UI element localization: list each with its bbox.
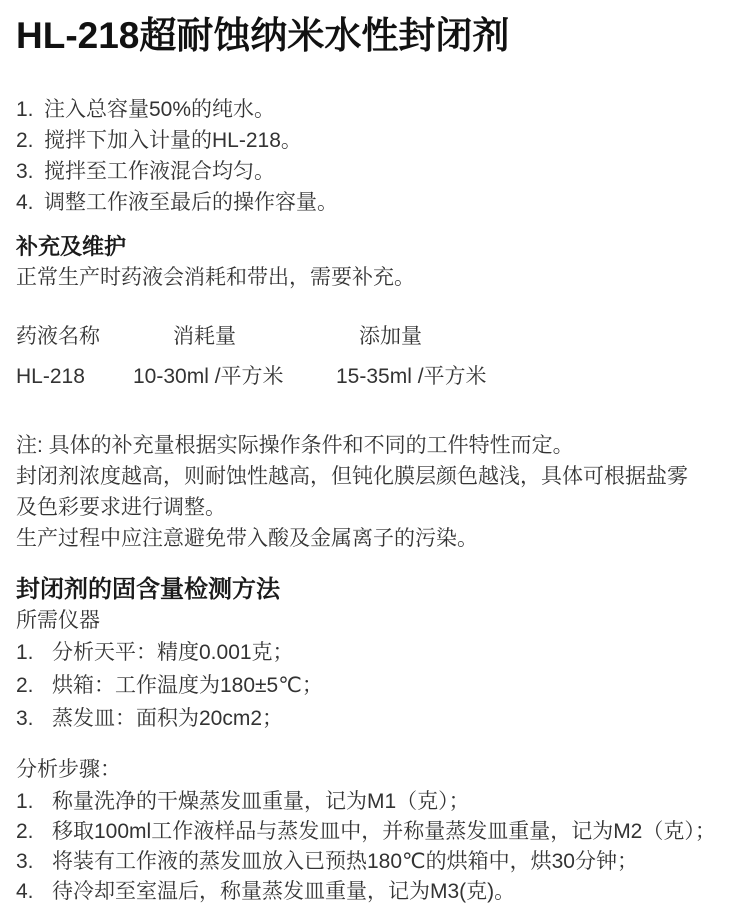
list-item: 1. 分析天平：精度0.001克； xyxy=(16,636,742,669)
instruments-label: 所需仪器 xyxy=(16,605,742,636)
column-header-addition: 添加量 xyxy=(359,324,422,350)
list-item: 3. 蒸发皿：面积为20cm2； xyxy=(16,702,742,735)
maintenance-heading: 补充及维护 xyxy=(16,232,742,262)
list-item: 1. 注入总容量50%的纯水。 xyxy=(16,94,742,125)
list-item: 2. 搅拌下加入计量的HL-218。 xyxy=(16,125,742,156)
list-item-text: 搅拌至工作液混合均匀。 xyxy=(44,156,275,187)
list-item-number: 3. xyxy=(16,847,52,877)
list-item-text: 烘箱：工作温度为180±5℃； xyxy=(52,669,323,702)
list-item-text: 调整工作液至最后的操作容量。 xyxy=(44,187,338,218)
list-item-text: 称量洗净的干燥蒸发皿重量，记为M1（克）； xyxy=(52,787,470,817)
list-item-number: 1. xyxy=(16,636,52,669)
list-item-number: 3. xyxy=(16,156,44,187)
maintenance-intro: 正常生产时药液会消耗和带出，需要补充。 xyxy=(16,262,742,293)
instruments-list: 1. 分析天平：精度0.001克； 2. 烘箱：工作温度为180±5℃； 3. … xyxy=(16,636,742,735)
column-header-name: 药液名称 xyxy=(16,324,100,350)
list-item: 4. 调整工作液至最后的操作容量。 xyxy=(16,187,742,218)
cell-addition: 15-35ml /平方米 xyxy=(336,364,487,390)
list-item-number: 4. xyxy=(16,187,44,218)
analysis-steps-list: 1. 称量洗净的干燥蒸发皿重量，记为M1（克）； 2. 移取100ml工作液样品… xyxy=(16,787,742,907)
page-title: HL-218超耐蚀纳米水性封闭剂 xyxy=(16,14,742,58)
list-item-number: 1. xyxy=(16,787,52,817)
solid-content-heading: 封闭剂的固含量检测方法 xyxy=(16,575,742,605)
list-item-text: 分析天平：精度0.001克； xyxy=(52,636,294,669)
list-item: 4. 待冷却至室温后，称量蒸发皿重量，记为M3(克)。 xyxy=(16,877,742,907)
list-item-text: 待冷却至室温后，称量蒸发皿重量，记为M3(克)。 xyxy=(52,877,515,907)
list-item-number: 2. xyxy=(16,669,52,702)
list-item-text: 蒸发皿：面积为20cm2； xyxy=(52,702,283,735)
list-item-text: 移取100ml工作液样品与蒸发皿中，并称量蒸发皿重量，记为M2（克）； xyxy=(52,817,716,847)
list-item-text: 将装有工作液的蒸发皿放入已预热180℃的烘箱中，烘30分钟； xyxy=(52,847,638,877)
preparation-steps-list: 1. 注入总容量50%的纯水。 2. 搅拌下加入计量的HL-218。 3. 搅拌… xyxy=(16,94,742,218)
table-header-row: 药液名称 消耗量 添加量 xyxy=(16,324,742,350)
list-item-number: 3. xyxy=(16,702,52,735)
list-item-number: 2. xyxy=(16,125,44,156)
list-item: 2. 烘箱：工作温度为180±5℃； xyxy=(16,669,742,702)
cell-consumption: 10-30ml /平方米 xyxy=(133,364,284,390)
note-text: 生产过程中应注意避免带入酸及金属离子的污染。 xyxy=(16,523,742,554)
column-header-consumption: 消耗量 xyxy=(173,324,236,350)
note-text: 封闭剂浓度越高，则耐蚀性越高，但钝化膜层颜色越浅，具体可根据盐雾及色彩要求进行调… xyxy=(16,461,706,523)
note-text: 注: 具体的补充量根据实际操作条件和不同的工件特性而定。 xyxy=(16,430,742,461)
list-item-number: 2. xyxy=(16,817,52,847)
list-item: 3. 搅拌至工作液混合均匀。 xyxy=(16,156,742,187)
list-item-text: 注入总容量50%的纯水。 xyxy=(44,94,275,125)
cell-product-name: HL-218 xyxy=(16,364,85,390)
maintenance-notes: 注: 具体的补充量根据实际操作条件和不同的工件特性而定。 封闭剂浓度越高，则耐蚀… xyxy=(16,430,742,554)
list-item: 3. 将装有工作液的蒸发皿放入已预热180℃的烘箱中，烘30分钟； xyxy=(16,847,742,877)
list-item-text: 搅拌下加入计量的HL-218。 xyxy=(44,125,302,156)
table-row: HL-218 10-30ml /平方米 15-35ml /平方米 xyxy=(16,364,742,390)
document-page: HL-218超耐蚀纳米水性封闭剂 1. 注入总容量50%的纯水。 2. 搅拌下加… xyxy=(0,0,750,915)
analysis-steps-label: 分析步骤： xyxy=(16,755,742,785)
list-item-number: 1. xyxy=(16,94,44,125)
replenishment-table: 药液名称 消耗量 添加量 HL-218 10-30ml /平方米 15-35ml… xyxy=(16,324,742,390)
list-item: 1. 称量洗净的干燥蒸发皿重量，记为M1（克）； xyxy=(16,787,742,817)
list-item-number: 4. xyxy=(16,877,52,907)
list-item: 2. 移取100ml工作液样品与蒸发皿中，并称量蒸发皿重量，记为M2（克）； xyxy=(16,817,742,847)
